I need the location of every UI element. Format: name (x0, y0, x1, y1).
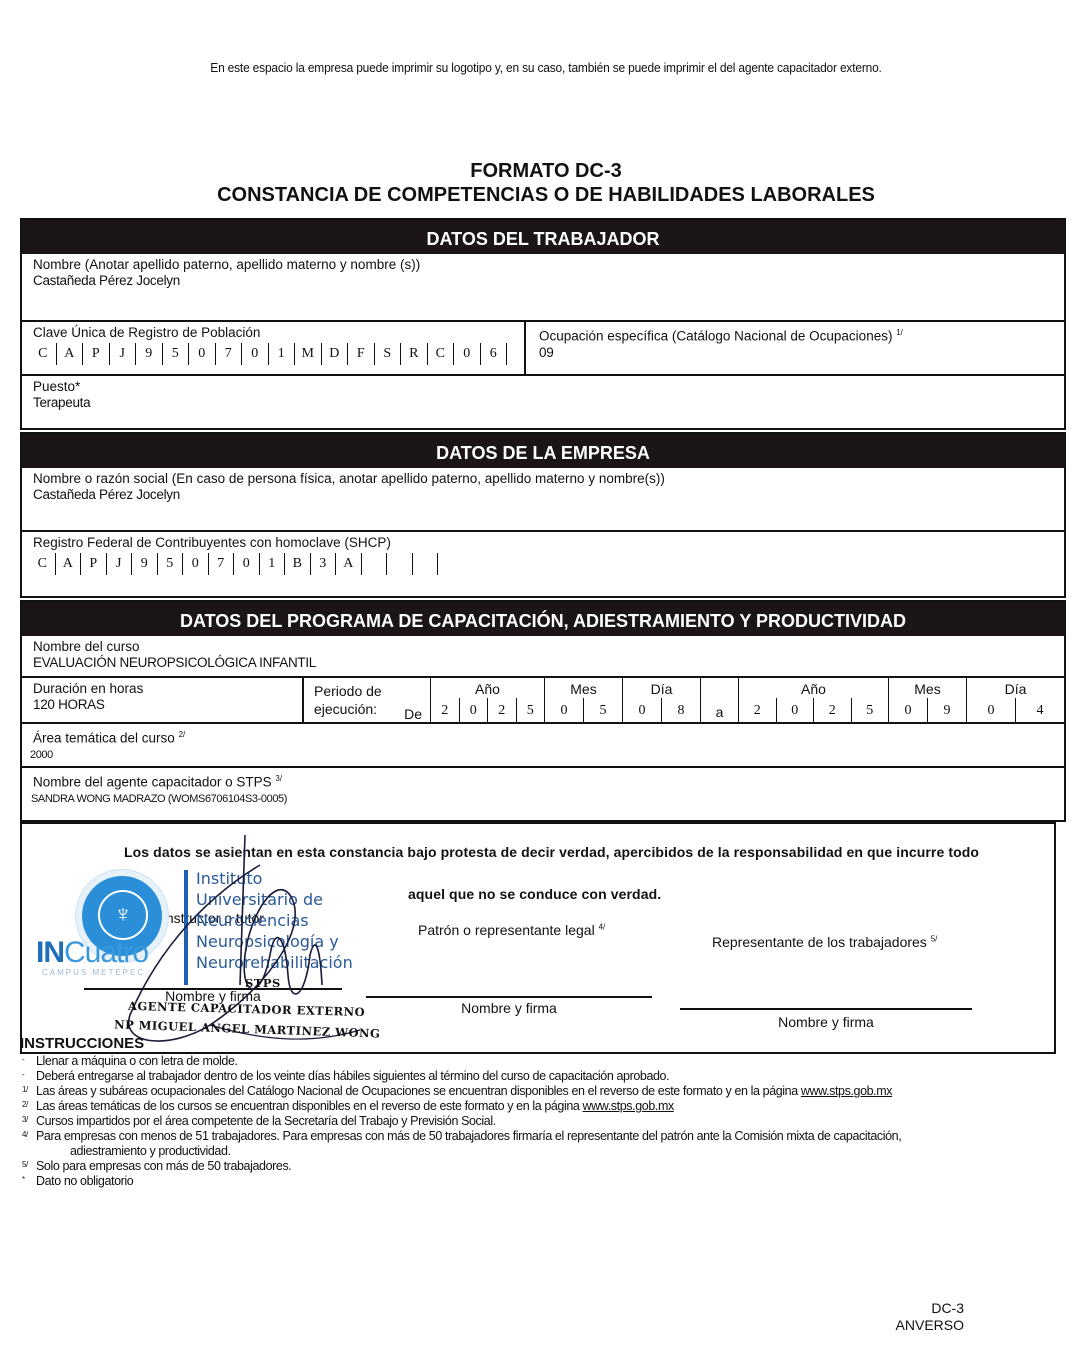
char-box[interactable]: 3 (311, 553, 337, 575)
instructions-title: INSTRUCCIONES (20, 1035, 144, 1052)
char-box[interactable]: J (107, 553, 133, 575)
instruction-item: 4/Para empresas con menos de 51 trabajad… (22, 1129, 901, 1144)
instruction-item: 3/Cursos impartidos por el área competen… (22, 1114, 901, 1129)
char-box[interactable]: R (401, 343, 428, 365)
char-box[interactable]: C (428, 343, 455, 365)
char-box[interactable]: 5 (158, 553, 184, 575)
field-label: Nombre del curso (22, 636, 1064, 655)
field-label: Nombre (Anotar apellido paterno, apellid… (22, 254, 1064, 273)
curp-boxes[interactable]: CAPJ950701MDFSRC06 (22, 343, 522, 365)
date-digit[interactable]: 5 (516, 698, 545, 724)
date-digit[interactable]: 0 (776, 698, 814, 724)
instruction-item: -Deberá entregarse al trabajador dentro … (22, 1069, 901, 1084)
start-year[interactable]: Año 2025 (430, 678, 544, 724)
field-rfc: Registro Federal de Contribuyentes con h… (22, 530, 1064, 596)
date-digit[interactable]: 0 (889, 698, 927, 724)
field-label: Área temática del curso 2/ (22, 724, 1064, 747)
date-digit[interactable]: 2 (431, 698, 459, 724)
field-label: Registro Federal de Contribuyentes con h… (22, 532, 1064, 551)
declaration-line-2: aquel que no se conduce con verdad. (408, 886, 661, 902)
char-box[interactable]: B (285, 553, 311, 575)
char-box[interactable]: 9 (132, 553, 158, 575)
char-box[interactable]: J (110, 343, 137, 365)
instructions-list: -Llenar a máquina o con letra de molde.-… (22, 1054, 901, 1189)
a-label-cell: a (700, 678, 738, 724)
instruction-item: -Llenar a máquina o con letra de molde. (22, 1054, 901, 1069)
date-digit[interactable]: 5 (583, 698, 622, 724)
field-duracion-periodo: Duración en horas 120 HORAS Periodo de e… (22, 676, 1064, 722)
signature-line-representante[interactable] (680, 1008, 972, 1010)
nombre-firma-patron: Nombre y firma (366, 1000, 652, 1016)
end-year[interactable]: Año 2025 (738, 678, 888, 724)
char-box[interactable]: 0 (183, 553, 209, 575)
field-value[interactable]: 09 (528, 345, 1064, 361)
char-box[interactable]: C (30, 553, 56, 575)
date-digit[interactable]: 2 (813, 698, 851, 724)
section-empresa: DATOS DE LA EMPRESA Nombre o razón socia… (20, 432, 1066, 598)
char-box[interactable]: M (295, 343, 322, 365)
periodo-ejecucion: Periodo de ejecución: De Año 2025 Mes 05… (302, 678, 1064, 724)
field-value[interactable]: 2000 (22, 747, 1064, 763)
end-month[interactable]: Mes 09 (888, 678, 966, 724)
rfc-boxes[interactable]: CAPJ950701B3A (22, 553, 1064, 575)
field-label: Duración en horas (22, 678, 302, 697)
char-box[interactable]: P (83, 343, 110, 365)
char-box[interactable]: 0 (189, 343, 216, 365)
date-digit[interactable]: 0 (623, 698, 661, 724)
representante-label: Representante de los trabajadores 5/ (712, 934, 937, 950)
field-value[interactable]: Terapeuta (22, 395, 1064, 411)
char-box[interactable] (362, 553, 388, 575)
field-label: Ocupación específica (Catálogo Nacional … (528, 322, 1064, 345)
char-box[interactable]: 7 (216, 343, 243, 365)
page-footer: DC-3 ANVERSO (896, 1300, 964, 1334)
date-digit[interactable]: 4 (1015, 698, 1064, 724)
field-nombre-trabajador: Nombre (Anotar apellido paterno, apellid… (22, 254, 1064, 320)
char-box[interactable]: 0 (454, 343, 481, 365)
date-digit[interactable]: 9 (927, 698, 966, 724)
footer-code: DC-3 (896, 1300, 964, 1317)
section-title: DATOS DEL PROGRAMA DE CAPACITACIÓN, ADIE… (22, 602, 1064, 636)
char-box[interactable]: F (348, 343, 375, 365)
logo-space-note: En este espacio la empresa puede imprimi… (44, 60, 1049, 75)
char-box[interactable]: D (322, 343, 349, 365)
nombre-firma-representante: Nombre y firma (680, 1014, 972, 1030)
stps-link[interactable]: www.stps.gob.mx (801, 1084, 892, 1098)
char-box[interactable]: A (57, 343, 84, 365)
char-box[interactable]: 9 (136, 343, 163, 365)
char-box[interactable]: A (336, 553, 362, 575)
periodo-label-cell: Periodo de ejecución: De (302, 678, 430, 724)
char-box[interactable] (387, 553, 413, 575)
stps-link[interactable]: www.stps.gob.mx (583, 1099, 674, 1113)
field-nombre-curso: Nombre del curso EVALUACIÓN NEUROPSICOLÓ… (22, 636, 1064, 676)
field-value[interactable]: Castañeda Pérez Jocelyn (22, 487, 1064, 503)
section-title: DATOS DE LA EMPRESA (22, 434, 1064, 468)
form-title: FORMATO DC-3 (0, 160, 1092, 183)
field-label: Puesto* (22, 376, 1064, 395)
field-curp-row: Clave Única de Registro de Población CAP… (22, 320, 1064, 374)
char-box[interactable]: 1 (260, 553, 286, 575)
char-box[interactable] (413, 553, 439, 575)
char-box[interactable]: 0 (234, 553, 260, 575)
instruction-item: 5/Solo para empresas con más de 50 traba… (22, 1159, 901, 1174)
field-agente-capacitador: Nombre del agente capacitador o STPS 3/ … (22, 766, 1064, 814)
char-box[interactable]: 6 (481, 343, 508, 365)
char-box[interactable]: P (81, 553, 107, 575)
field-razon-social: Nombre o razón social (En caso de person… (22, 468, 1064, 530)
char-box[interactable]: A (56, 553, 82, 575)
char-box[interactable]: C (30, 343, 57, 365)
signature-line-patron[interactable] (366, 996, 652, 998)
date-digit[interactable]: 8 (661, 698, 700, 724)
stamp-stps: STPS (245, 976, 281, 990)
form-subtitle: CONSTANCIA DE COMPETENCIAS O DE HABILIDA… (0, 184, 1092, 207)
field-value[interactable]: 120 HORAS (22, 697, 302, 713)
date-digit[interactable]: 2 (487, 698, 516, 724)
char-box[interactable]: 7 (209, 553, 235, 575)
field-puesto: Puesto* Terapeuta (22, 374, 1064, 426)
date-digit[interactable]: 5 (851, 698, 889, 724)
section-title: DATOS DEL TRABAJADOR (22, 220, 1064, 254)
field-area-tematica: Área temática del curso 2/ 2000 (22, 722, 1064, 766)
instruction-item: 1/Las áreas y subáreas ocupacionales del… (22, 1084, 901, 1099)
field-value[interactable]: Castañeda Pérez Jocelyn (22, 273, 1064, 289)
field-label: Nombre o razón social (En caso de person… (22, 468, 1064, 487)
date-digit[interactable]: 2 (739, 698, 776, 724)
start-month[interactable]: Mes 05 (544, 678, 622, 724)
char-box[interactable]: 0 (242, 343, 269, 365)
date-digit[interactable]: 0 (967, 698, 1015, 724)
instruction-item: 2/Las áreas temáticas de los cursos se e… (22, 1099, 901, 1114)
section-trabajador: DATOS DEL TRABAJADOR Nombre (Anotar apel… (20, 218, 1066, 430)
field-label: Clave Única de Registro de Población (22, 322, 522, 341)
patron-label: Patrón o representante legal 4/ (418, 922, 605, 938)
date-digit[interactable]: 0 (545, 698, 583, 724)
footer-side: ANVERSO (896, 1317, 964, 1334)
field-label: Nombre del agente capacitador o STPS 3/ (22, 768, 1064, 791)
instruction-item: *Dato no obligatorio (22, 1174, 901, 1189)
section-programa: DATOS DEL PROGRAMA DE CAPACITACIÓN, ADIE… (20, 600, 1066, 822)
de-label: De (404, 706, 422, 722)
end-day[interactable]: Día 04 (966, 678, 1064, 724)
char-box[interactable]: 5 (163, 343, 190, 365)
start-day[interactable]: Día 08 (622, 678, 700, 724)
date-digit[interactable]: 0 (459, 698, 488, 724)
field-value[interactable]: SANDRA WONG MADRAZO (WOMS6706104S3-0005) (22, 791, 1064, 807)
char-box[interactable]: 1 (269, 343, 296, 365)
field-value[interactable]: EVALUACIÓN NEUROPSICOLÓGICA INFANTIL (22, 655, 1064, 671)
instruction-item: adiestramiento y productividad. (22, 1144, 901, 1159)
char-box[interactable]: S (375, 343, 402, 365)
